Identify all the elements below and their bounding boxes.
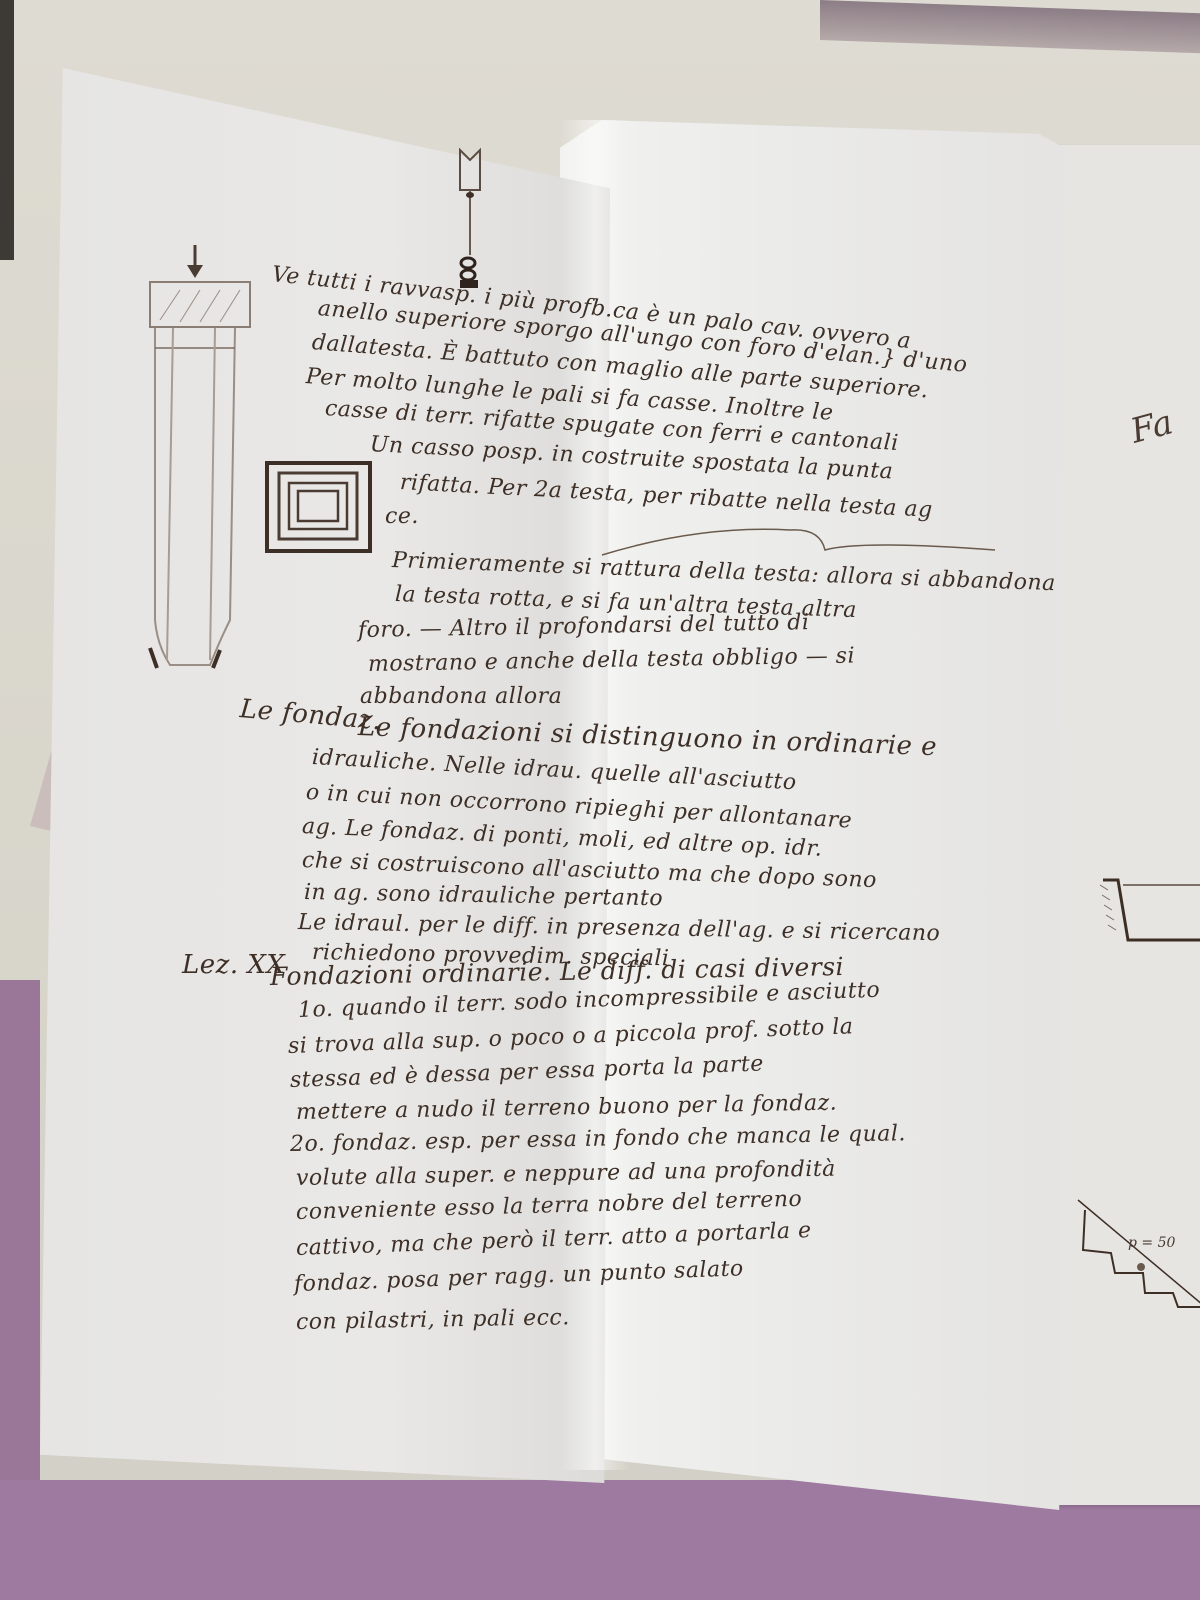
adjacent-page-fragment: Fa <box>1127 402 1177 451</box>
background-edge <box>0 0 14 260</box>
bracket-flourish <box>600 520 1000 560</box>
stepped-footing-sketch <box>1073 1195 1200 1315</box>
manuscript-line: ce. <box>385 504 419 529</box>
pile-cross-section-sketch <box>262 458 377 558</box>
trench-profile-sketch <box>1098 865 1200 965</box>
adjacent-page: Fa p = 50 <box>1050 145 1200 1505</box>
manuscript-line: con pilastri, in pali ecc. <box>296 1305 570 1335</box>
stepped-footing-label: p = 50 <box>1128 1235 1175 1251</box>
pile-with-cap-sketch <box>135 240 265 690</box>
rammer-weight-sketch <box>452 145 492 295</box>
manuscript-line: abbandona allora <box>360 684 562 709</box>
